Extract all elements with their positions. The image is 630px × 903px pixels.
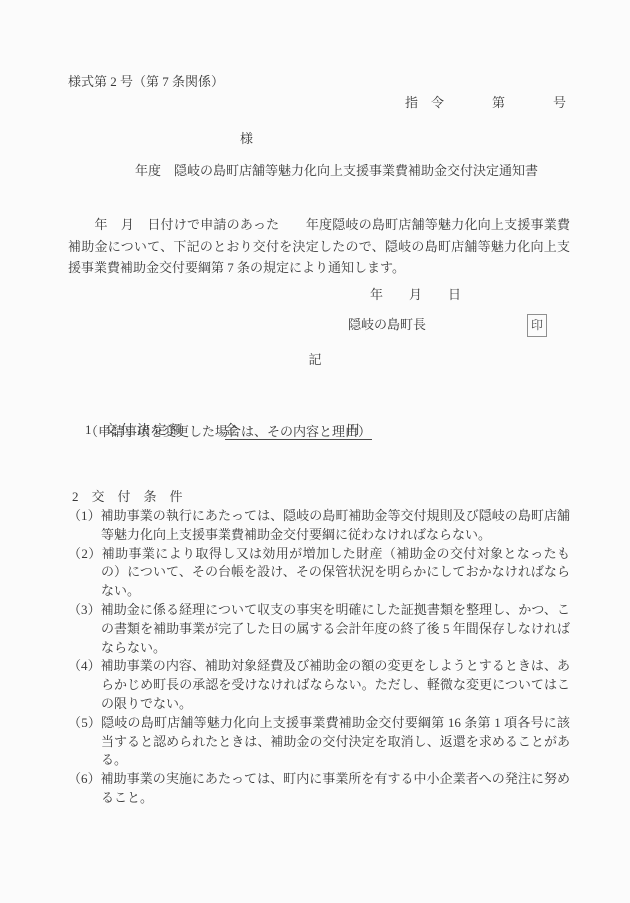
condition-item: （4）補助事業の内容、補助対象経費及び補助金の額の変更をしようとするときは、あら… <box>68 657 570 713</box>
condition-item: （6）補助事業の実施にあたっては、町内に事業所を有する中小企業者への発注に努める… <box>68 770 570 808</box>
body-paragraph: 年 月 日付けで申請のあった 年度隠岐の島町店舗等魅力化向上支援事業費補助金につ… <box>68 214 570 279</box>
condition-text: 補助事業の内容、補助対象経費及び補助金の額の変更をしようとするときは、あらかじめ… <box>101 658 570 711</box>
condition-text: 補助金に係る経理について収支の事実を明確にした証拠書類を整理し、かつ、この書類を… <box>101 602 570 655</box>
condition-text: 隠岐の島町店舗等魅力化向上支援事業費補助金交付要綱第 16 条第 1 項各号に該… <box>101 715 570 768</box>
issuer-line: 隠岐の島町長 印 <box>0 317 630 341</box>
condition-number: （3） <box>68 602 101 617</box>
document-page: 様式第 2 号（第 7 条関係） 指 令 第 号 様 年度 隠岐の島町店舗等魅力… <box>0 0 630 903</box>
condition-text: 補助事業により取得し又は効用が増加した財産（補助金の交付対象となったもの）につい… <box>101 546 570 599</box>
directive-line: 指 令 第 号 <box>405 95 566 111</box>
recipient-honorific: 様 <box>240 131 253 147</box>
condition-item: （3）補助金に係る経理について収支の事実を明確にした証拠書類を整理し、かつ、この… <box>68 601 570 657</box>
condition-text: 補助事業の実施にあたっては、町内に事業所を有する中小企業者への発注に努めること。 <box>101 771 570 805</box>
condition-number: （6） <box>68 771 101 786</box>
item1-note: （申請事項を変更した場合は、その内容と理由） <box>85 424 371 440</box>
record-marker: 記 <box>0 352 630 368</box>
seal-character: 印 <box>531 318 543 333</box>
condition-item: （2）補助事業により取得し又は効用が増加した財産（補助金の交付対象となったもの）… <box>68 545 570 601</box>
directive-number-prefix: 第 <box>492 95 505 111</box>
condition-number: （1） <box>68 508 101 523</box>
condition-number: （5） <box>68 715 101 730</box>
conditions-list: （1）補助事業の執行にあたっては、隠岐の島町補助金等交付規則及び隠岐の島町店舗等… <box>68 507 570 808</box>
condition-number: （4） <box>68 658 101 673</box>
date-line: 年 月 日 <box>370 287 461 303</box>
condition-item: （1）補助事業の執行にあたっては、隠岐の島町補助金等交付規則及び隠岐の島町店舗等… <box>68 507 570 545</box>
condition-item: （5）隠岐の島町店舗等魅力化向上支援事業費補助金交付要綱第 16 条第 1 項各… <box>68 714 570 770</box>
form-number: 様式第 2 号（第 7 条関係） <box>68 74 224 90</box>
document-title: 年度 隠岐の島町店舗等魅力化向上支援事業費補助金交付決定通知書 <box>135 163 538 179</box>
condition-text: 補助事業の執行にあたっては、隠岐の島町補助金等交付規則及び隠岐の島町店舗等魅力化… <box>101 508 570 542</box>
condition-number: （2） <box>68 546 102 561</box>
item2-conditions-heading: 2 交 付 条 件 <box>72 489 183 505</box>
seal-placeholder-box: 印 <box>527 314 547 337</box>
directive-number-suffix: 号 <box>553 95 566 111</box>
directive-label: 指 令 <box>405 95 444 111</box>
issuer-title: 隠岐の島町長 <box>348 317 426 333</box>
